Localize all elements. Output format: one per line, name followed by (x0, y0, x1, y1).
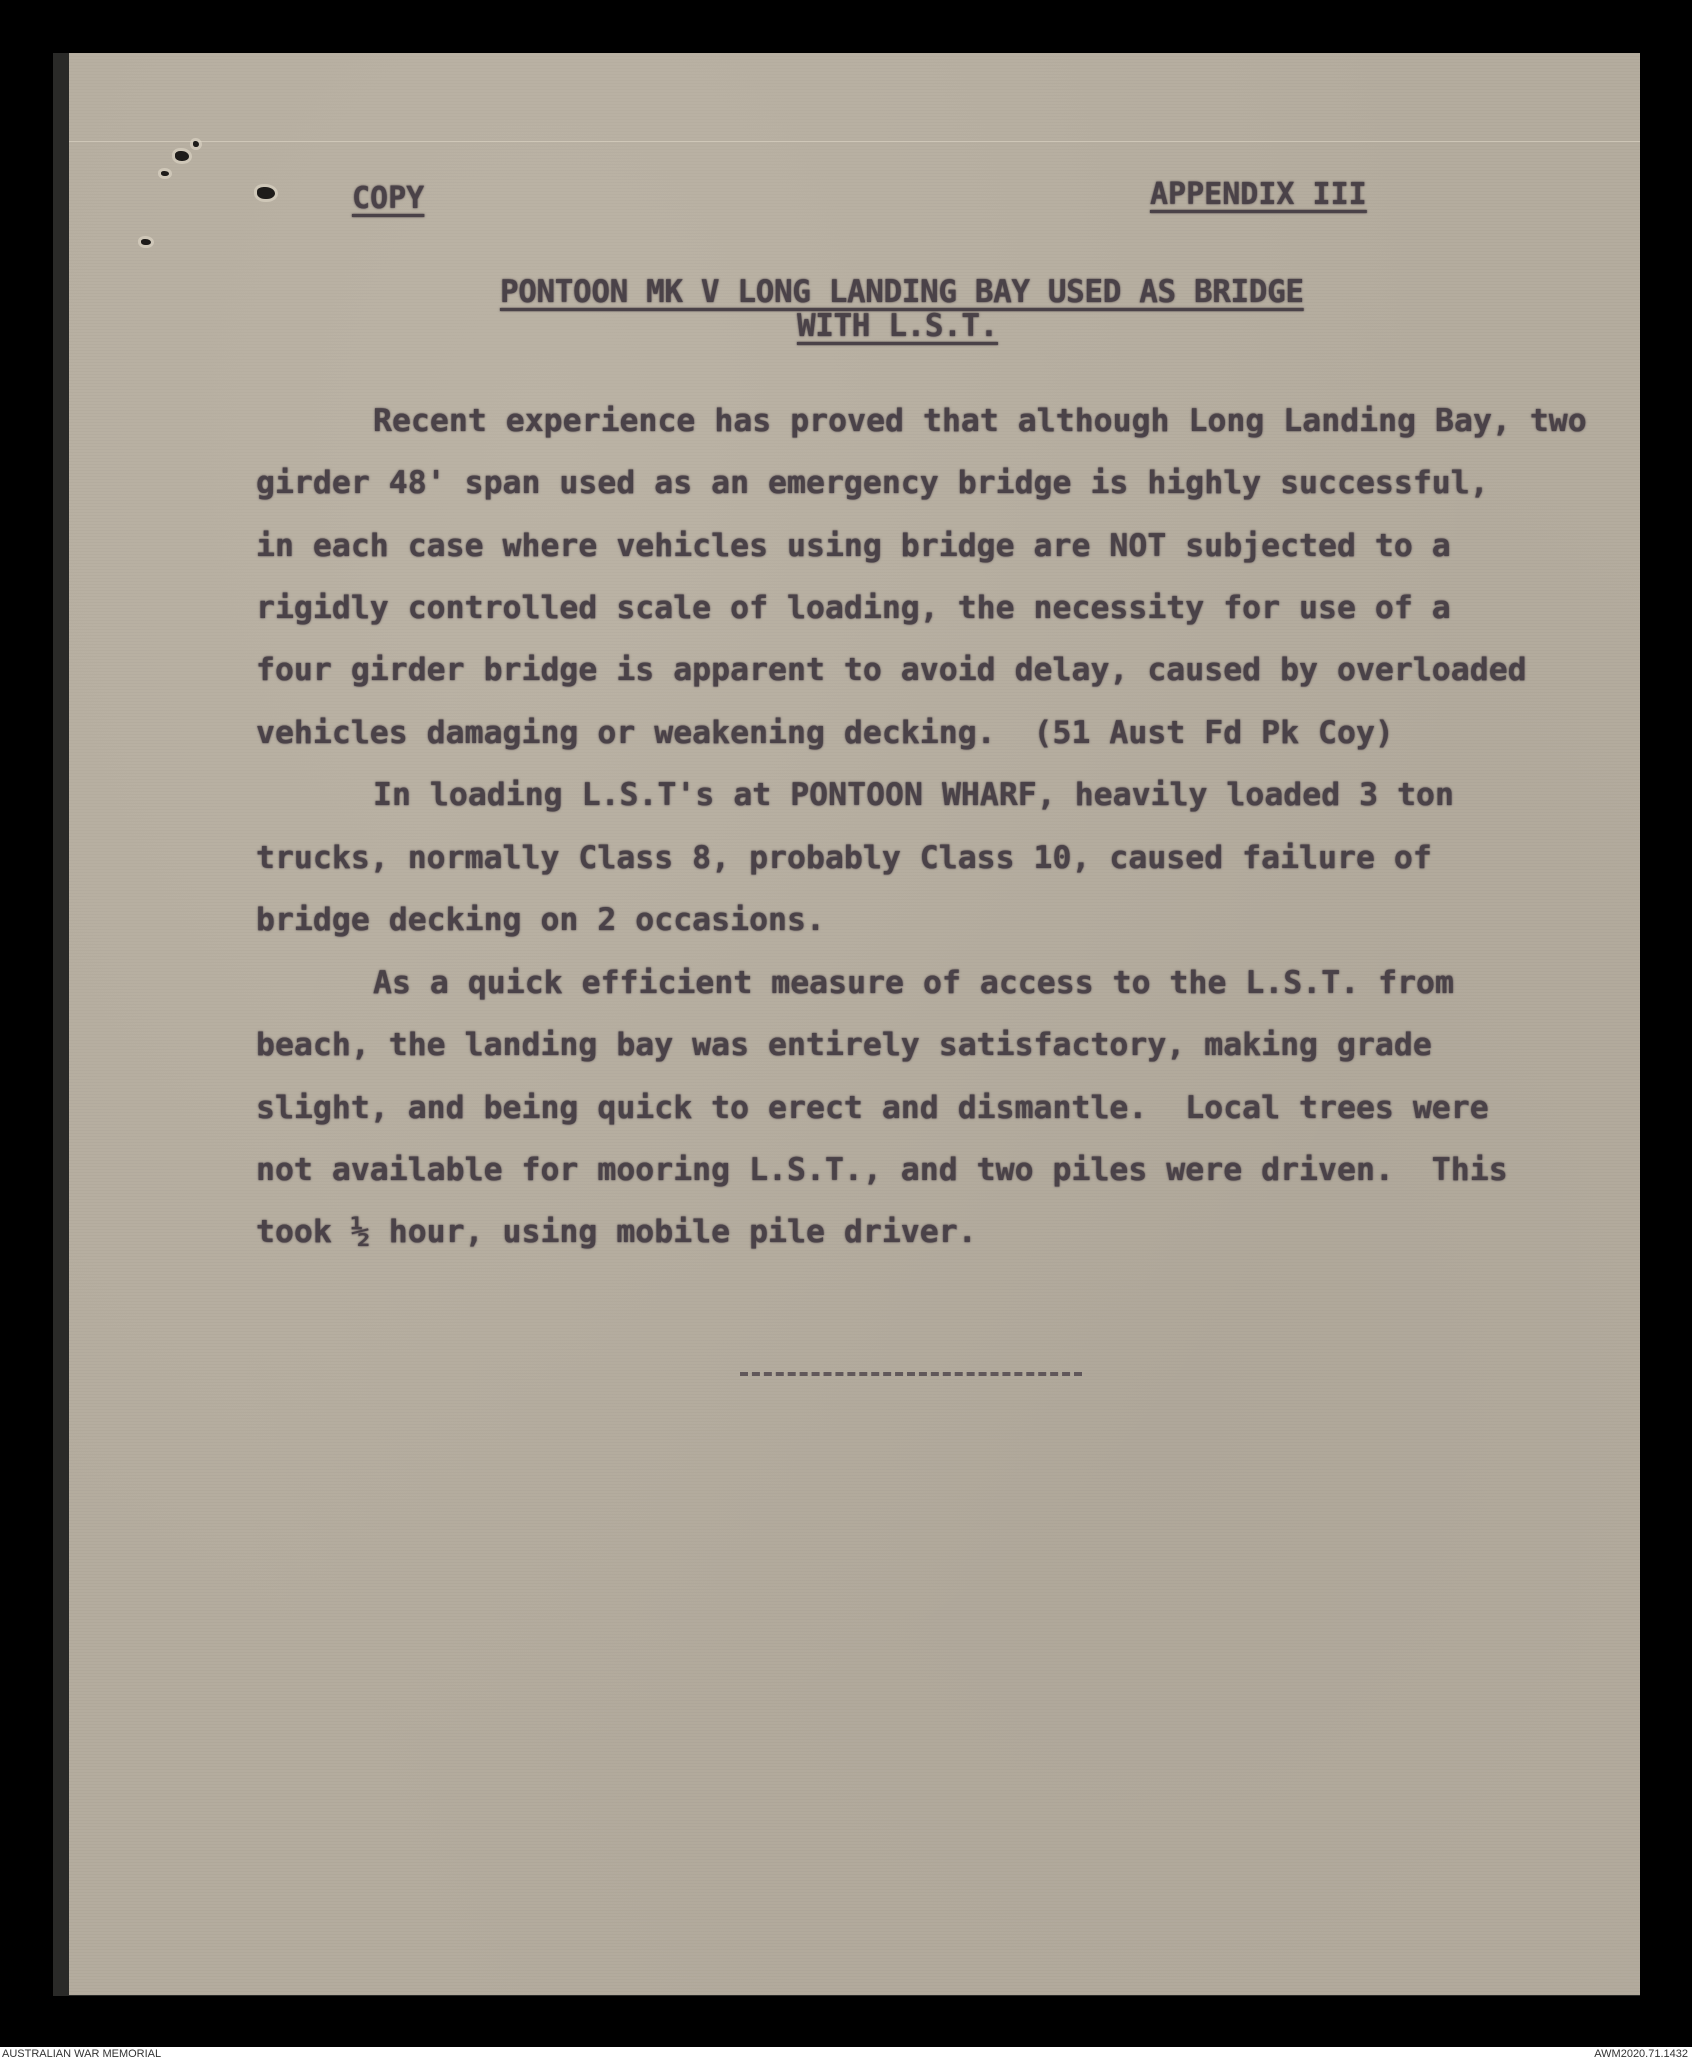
body-line: four girder bridge is apparent to avoid … (256, 655, 1527, 687)
footer-institution: AUSTRALIAN WAR MEMORIAL (2, 2047, 161, 2061)
body-line: not available for mooring L.S.T., and tw… (256, 1155, 1508, 1187)
body-line: girder 48' span used as an emergency bri… (256, 468, 1489, 500)
document-page (69, 53, 1640, 1995)
document-title-line1: PONTOON MK V LONG LANDING BAY USED AS BR… (500, 277, 1304, 308)
paper-fold (69, 141, 1640, 142)
body-line: beach, the landing bay was entirely sati… (256, 1030, 1432, 1062)
body-line: in each case where vehicles using bridge… (256, 531, 1451, 563)
punch-hole-mark (193, 141, 199, 147)
document-title-line2: WITH L.S.T. (797, 311, 998, 342)
punch-hole-mark (175, 151, 189, 161)
body-line: As a quick efficient measure of access t… (373, 968, 1454, 1000)
footer-accession-number: AWM2020.71.1432 (1594, 2047, 1688, 2061)
body-line: Recent experience has proved that althou… (373, 406, 1587, 438)
footer-bar: AUSTRALIAN WAR MEMORIAL AWM2020.71.1432 (0, 2047, 1692, 2061)
body-line: slight, and being quick to erect and dis… (256, 1093, 1489, 1125)
copy-label: COPY (352, 184, 424, 214)
punch-hole-mark (141, 239, 151, 245)
body-line: trucks, normally Class 8, probably Class… (256, 843, 1432, 875)
body-line: took ½ hour, using mobile pile driver. (256, 1217, 977, 1249)
body-line: bridge decking on 2 occasions. (256, 905, 825, 937)
appendix-label: APPENDIX III (1150, 180, 1367, 210)
punch-hole-mark (161, 171, 169, 176)
body-line: rigidly controlled scale of loading, the… (256, 593, 1451, 625)
body-line: In loading L.S.T's at PONTOON WHARF, hea… (373, 780, 1454, 812)
punch-hole-mark (257, 187, 275, 199)
end-divider (740, 1372, 1082, 1376)
body-line: vehicles damaging or weakening decking. … (256, 718, 1394, 750)
